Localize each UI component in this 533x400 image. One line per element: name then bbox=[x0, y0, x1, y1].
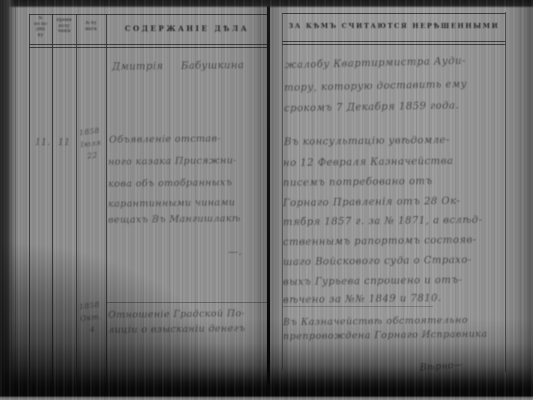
scan-edge-right bbox=[506, 0, 533, 400]
entry-text-line: карантинными чинами bbox=[108, 197, 235, 210]
left-header-col-number: № бу маги bbox=[77, 21, 105, 32]
left-header-bottom-rule-2 bbox=[29, 47, 268, 48]
signature-mark: Вѣрно— bbox=[420, 361, 464, 374]
entry-text-line: ственнымъ рапортомъ состояв- bbox=[283, 235, 477, 248]
left-table-top-rule bbox=[29, 14, 268, 15]
left-row-rule bbox=[106, 302, 268, 303]
entry-text-line: Отношеніе Градской По- bbox=[108, 308, 245, 321]
separator-mark: —. bbox=[228, 247, 242, 258]
entry-text-line: Въ консультацію увѣдомле- bbox=[284, 135, 450, 148]
gutter-line bbox=[267, 6, 270, 394]
entry-text-line: кова объ отобранныхъ bbox=[108, 177, 233, 190]
entry-text-line: лиціи о взысканіи денегъ bbox=[108, 323, 246, 336]
column-header-text: маги bbox=[77, 27, 105, 33]
entry-order-number: 11. bbox=[35, 138, 51, 148]
scan-edge-left bbox=[0, 0, 15, 400]
entry-text-line: Въ Казначействѣ обстоятельно bbox=[283, 315, 468, 328]
entry-text-line: шаго Войскового суда о Страхо- bbox=[283, 255, 472, 268]
entry-text-line: жалобу Квартирмистра Ауди- bbox=[285, 56, 466, 71]
column-header-text: ченія bbox=[53, 29, 75, 35]
entry-text-line: срокомъ 7 Декабря 1859 года. bbox=[284, 100, 459, 114]
entry-text-line: Объявленіе отстав- bbox=[109, 133, 221, 145]
left-col-line-2 bbox=[76, 14, 77, 386]
entry-paper-number: 11 bbox=[58, 138, 70, 148]
column-header-text: ку bbox=[30, 33, 51, 39]
column-header-text: Время bbox=[53, 18, 75, 24]
entry-text-line: вѣчено за №№ 1849 и 7810. bbox=[283, 293, 442, 306]
entry-text-line: вещахъ Въ Мангишлакѣ bbox=[108, 213, 241, 226]
entry-text-line: писемъ потребовано отъ bbox=[283, 176, 433, 189]
entry-text-line: препровождена Горнаго Исправника bbox=[283, 329, 488, 342]
left-col-line-1 bbox=[52, 14, 53, 386]
entry-text-line: тября 1857 г. за № 1871, а вслѣд- bbox=[283, 215, 483, 228]
left-header-col-date: Время полу ченія bbox=[53, 18, 75, 35]
entry-text-line: Горнаго Правленія отъ 28 Ок- bbox=[283, 196, 461, 209]
right-row-rule bbox=[283, 306, 433, 307]
right-header-bottom-rule-1 bbox=[282, 41, 506, 42]
left-header-col-order: № по по ряд ку bbox=[30, 16, 51, 38]
entry-text-line: ного казака Присяжни- bbox=[108, 155, 237, 168]
entry-date: 1858 Іюля 22 bbox=[76, 125, 106, 164]
left-col-line-outer bbox=[29, 14, 30, 386]
entry-date: 1858 Окт. 4 bbox=[76, 299, 106, 338]
right-header-bottom-rule-2 bbox=[282, 44, 506, 45]
scan-edge-top bbox=[0, 0, 533, 8]
left-page-fold-line bbox=[15, 0, 16, 400]
left-col-line-3 bbox=[106, 14, 107, 386]
ledger-scan-page: № по по ряд ку Время полу ченія № бу маг… bbox=[0, 0, 533, 400]
entry-text-line: выхъ Гурьева спрошено и отъ- bbox=[283, 275, 463, 288]
right-table-top-rule bbox=[282, 13, 506, 14]
entry-text-line: Дмитрія Бабушкина bbox=[112, 60, 244, 73]
right-page-title: ЗА КѢМЪ СЧИТАЮТСЯ НЕРѢШЕННЫМИ bbox=[283, 22, 505, 30]
left-header-bottom-rule-1 bbox=[29, 44, 268, 45]
entry-text-line: но 12 Февраля Казначейства bbox=[283, 156, 454, 169]
left-page-title: СОДЕРЖАНІЕ ДѢЛА bbox=[106, 24, 268, 33]
entry-text-line: тору, которую доставить ему bbox=[284, 79, 467, 94]
